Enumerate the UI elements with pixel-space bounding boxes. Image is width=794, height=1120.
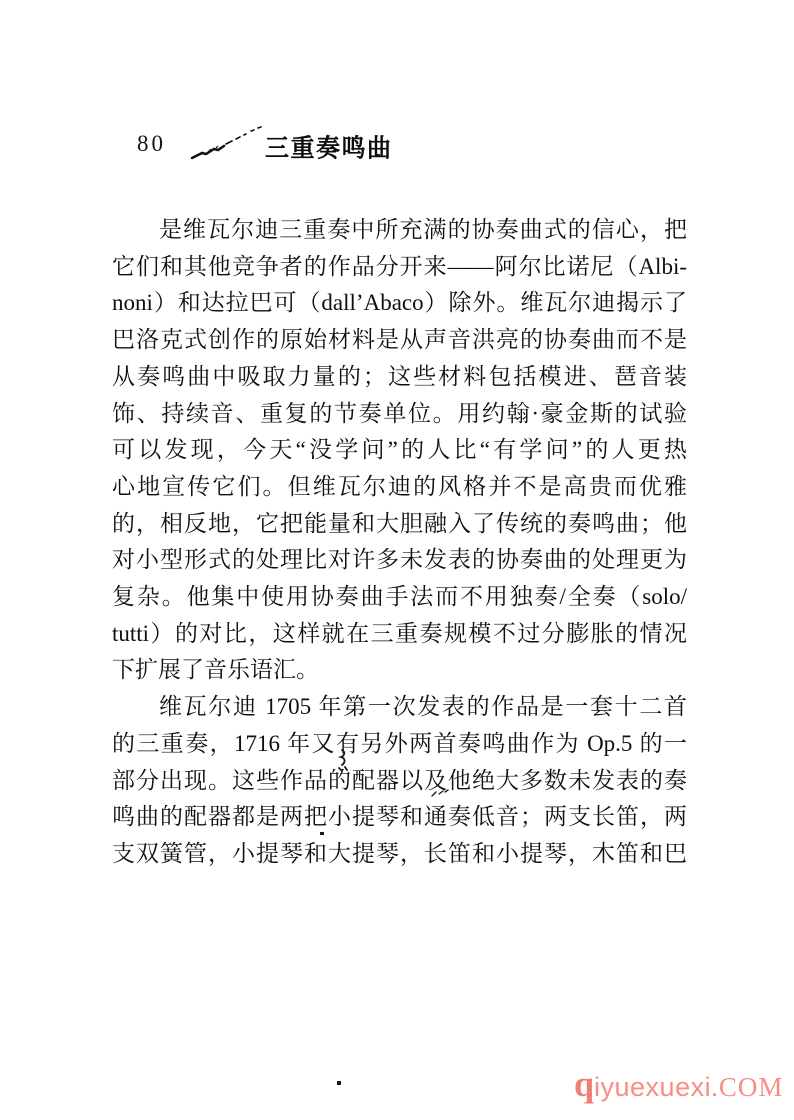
text-line: 饰、持续音、重复的节奏单位。用约翰·豪金斯的试验 — [112, 396, 687, 433]
running-head: 80 三重奏鸣曲 — [0, 126, 794, 162]
text-line: 下扩展了音乐语汇。 — [112, 652, 687, 689]
text-line: 的，相反地，它把能量和大胆融入了传统的奏鸣曲；他 — [112, 506, 687, 543]
text-line: 的三重奏，1716 年又有另外两首奏鸣曲作为 Op.5 的一 — [112, 726, 687, 763]
watermark-text: iyuexuexi — [594, 1072, 711, 1103]
text-line: 可以发现，今天“没学问”的人比“有学问”的人更热 — [112, 432, 687, 469]
ink-smudge — [333, 748, 351, 777]
text-line: 从奏鸣曲中吸取力量的；这些材料包括模进、琶音装 — [112, 359, 687, 396]
text-line: 复杂。他集中使用协奏曲手法而不用独奏/全奏（solo/ — [112, 579, 687, 616]
text-line: 巴洛克式创作的原始材料是从声音洪亮的协奏曲而不是 — [112, 322, 687, 359]
ink-speck — [337, 1081, 341, 1085]
watermark-initial: q — [574, 1066, 594, 1102]
text-line: 是维瓦尔迪三重奏中所充满的协奏曲式的信心，把 — [112, 212, 687, 249]
pen-scribble-mark — [188, 118, 266, 167]
ink-speck — [320, 832, 324, 835]
text-line: 鸣曲的配器都是两把小提琴和通奏低音；两支长笛，两 — [112, 799, 687, 836]
chapter-title: 三重奏鸣曲 — [265, 127, 393, 163]
text-line: 对小型形式的处理比对许多未发表的协奏曲的处理更为 — [112, 542, 687, 579]
text-line: 心地宣传它们。但维瓦尔迪的风格并不是高贵而优雅 — [112, 469, 687, 506]
ink-speck — [377, 154, 380, 156]
watermark-suffix: .COM — [711, 1072, 783, 1103]
text-line: tutti）的对比，这样就在三重奏规模不过分膨胀的情况 — [112, 616, 687, 653]
pencil-speck — [430, 786, 450, 804]
text-line: noni）和达拉巴可（dall’Abaco）除外。维瓦尔迪揭示了 — [112, 285, 687, 322]
body-text: 是维瓦尔迪三重奏中所充满的协奏曲式的信心，把它们和其他竞争者的作品分开来——阿尔… — [112, 212, 687, 873]
text-line: 部分出现。这些作品的配器以及他绝大多数未发表的奏 — [112, 763, 687, 800]
scanned-book-page: 80 三重奏鸣曲 是维瓦尔迪三重奏中所充满的协奏曲式的信心，把它们和其他竞争者的… — [0, 0, 794, 1120]
text-line: 支双簧管，小提琴和大提琴，长笛和小提琴，木笛和巴 — [112, 836, 687, 873]
page-number: 80 — [137, 131, 166, 157]
site-watermark: qiyuexuexi.COM — [574, 1066, 783, 1103]
text-line: 它们和其他竞争者的作品分开来——阿尔比诺尼（Albi- — [112, 249, 687, 286]
text-line: 维瓦尔迪 1705 年第一次发表的作品是一套十二首 — [112, 689, 687, 726]
